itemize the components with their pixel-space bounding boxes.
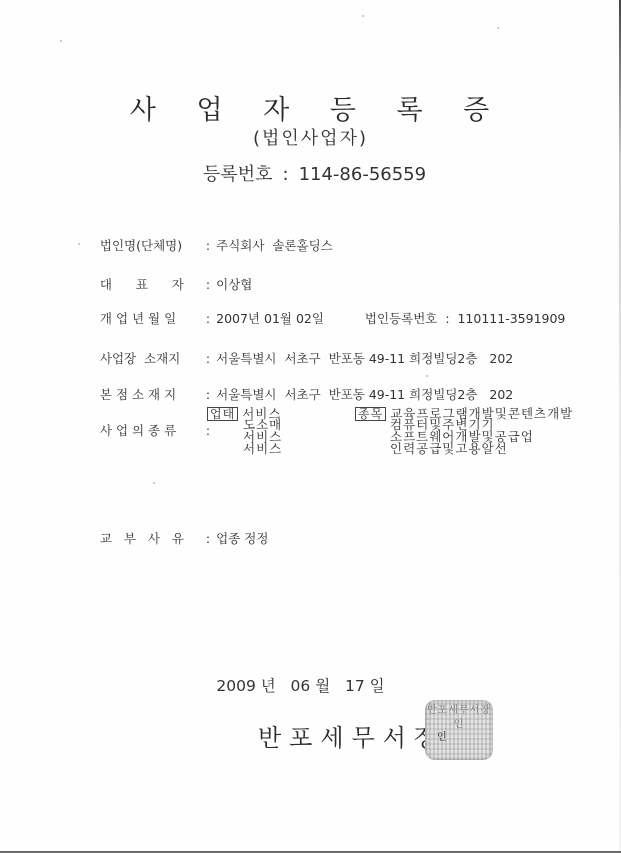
issuer-name: 반포세무서장: [258, 718, 445, 753]
field-value: 2007년 01월 02일: [216, 311, 324, 326]
field-value: 주식회사 솔론홀딩스: [216, 238, 333, 253]
field-colon: :: [206, 238, 210, 253]
business-item: 인력공급및고용알선: [390, 443, 534, 455]
category-badge: 업태: [207, 407, 238, 421]
scan-speck: [60, 40, 62, 42]
seal-text: 반포세무서장인: [425, 700, 493, 732]
seal-mark: 인: [437, 728, 447, 743]
field-label: 본 점 소 재 지: [100, 385, 206, 403]
document-title: 사 업 자 등 록 증: [0, 88, 621, 127]
scan-speck: [362, 15, 364, 17]
document-subtitle: (법인사업자): [0, 124, 621, 150]
field-label: 개 업 년 월 일: [100, 309, 206, 327]
field-value: 서울특별시 서초구 반포동 49-11 희정빌딩2층 202: [216, 351, 513, 366]
registration-number-separator: :: [282, 164, 288, 185]
field-colon: :: [206, 531, 210, 546]
field-label: 법인명(단체명): [100, 236, 206, 254]
field-colon: :: [206, 277, 210, 292]
business-item-list: 컴퓨터및주변기기 소프트웨어개발및공급업 인력공급및고용알선: [390, 419, 534, 455]
field-label: 사업장 소재지: [100, 349, 206, 367]
category-item: 서비스: [243, 443, 282, 455]
issue-date: 2009 년 06 월 17 일: [0, 674, 621, 696]
field-label: 교 부 사 유: [100, 529, 206, 547]
field-value: 업종 정정: [216, 531, 268, 546]
registration-number-line: 등록번호:114-86-56559: [0, 160, 621, 186]
registration-number-value: 114-86-56559: [299, 164, 427, 185]
registration-number-label: 등록번호: [203, 164, 273, 185]
field-colon: :: [206, 351, 210, 366]
field-label: 대 표 자: [100, 275, 206, 293]
scan-speck: [497, 27, 499, 29]
field-value: 110111-3591909: [457, 311, 565, 326]
field-business-type: 사 업 의 종 류:: [84, 406, 216, 454]
scan-speck: [153, 482, 155, 484]
field-colon: :: [206, 387, 210, 402]
scan-speck: [78, 243, 80, 245]
field-value: 서울특별시 서초구 반포동 49-11 희정빌딩2층 202: [216, 387, 513, 402]
field-colon: :: [445, 311, 449, 326]
field-issue-reason: 교 부 사 유:업종 정정: [84, 514, 268, 562]
field-label: 사 업 의 종 류: [100, 421, 206, 439]
item-badge: 종목: [355, 407, 386, 421]
official-seal-icon: 반포세무서장인: [425, 700, 493, 760]
field-label: 법인등록번호: [365, 311, 437, 326]
field-value: 이상협: [216, 277, 252, 292]
certificate-page: 사 업 자 등 록 증 (법인사업자) 등록번호:114-86-56559 법인…: [0, 0, 621, 853]
field-colon: :: [206, 311, 210, 326]
field-colon: :: [206, 423, 210, 438]
business-category-list: 도소매 서비스 서비스: [243, 419, 282, 455]
